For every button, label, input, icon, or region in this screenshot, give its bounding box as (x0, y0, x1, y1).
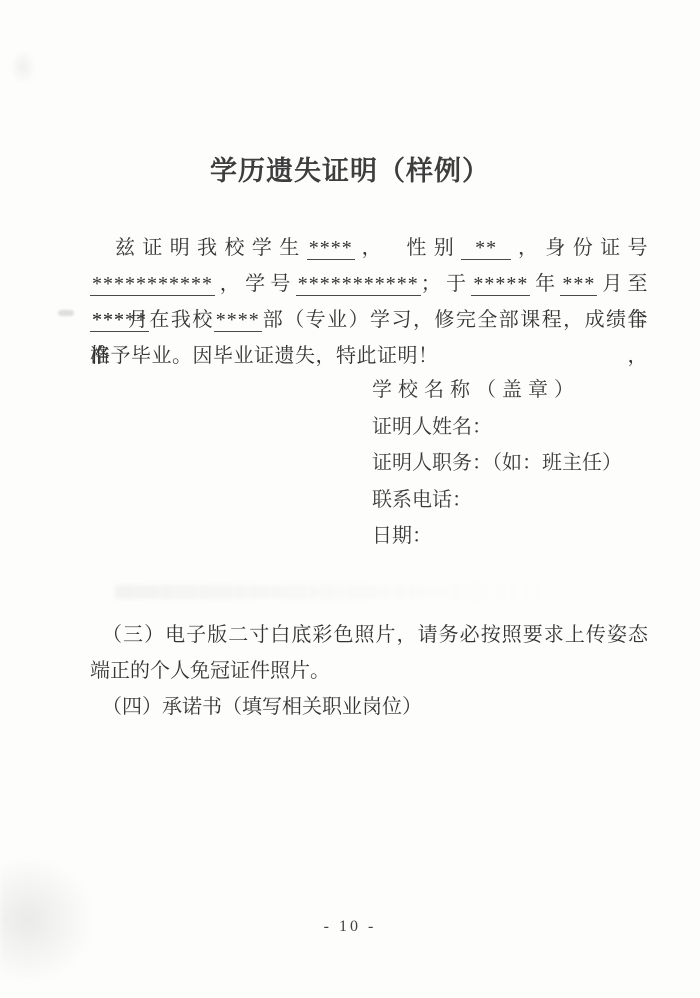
document-title: 学历遗失证明（样例） (0, 149, 700, 188)
blank-field: *********** (90, 273, 215, 296)
note-line: （三）电子版二寸白底彩色照片，请务必按照要求上传姿态 (90, 617, 648, 653)
certificate-line: ***月在我校****部（专业）学习，修完全部课程，成绩合格， (90, 302, 648, 338)
text-segment: 年 (530, 273, 560, 295)
certificate-body: 兹证明我校学生****， 性别**，身份证号***********，学号****… (90, 230, 648, 374)
signature-line: 证明人姓名： (372, 409, 622, 446)
signature-line: 学校名称（盖章） (372, 372, 622, 409)
scanned-document-page: 学历遗失证明（样例） 兹证明我校学生****， 性别**，身份证号*******… (0, 0, 700, 998)
text-segment: ， (355, 237, 407, 259)
note-line: 端正的个人免冠证件照片。 (90, 653, 648, 689)
text-segment: 月在我校 (127, 309, 214, 331)
scan-artifact (58, 310, 74, 316)
note-item: （三）电子版二寸白底彩色照片，请务必按照要求上传姿态端正的个人免冠证件照片。 (90, 617, 648, 689)
signature-line: 联系电话： (372, 482, 622, 519)
note-item: （四）承诺书（填写相关职业岗位） (90, 689, 648, 725)
blank-field: *** (90, 309, 127, 332)
text-segment: 月至 (597, 273, 648, 295)
note-line: （四）承诺书（填写相关职业岗位） (90, 689, 648, 725)
certificate-line: 兹证明我校学生****， 性别**，身份证号 (90, 230, 648, 266)
text-segment: ；于 (421, 273, 472, 295)
blank-field: ** (461, 237, 511, 260)
page-number: - 10 - (0, 918, 700, 936)
text-segment: 性别 (406, 237, 461, 259)
blank-field: **** (214, 309, 262, 332)
blank-field: *********** (296, 273, 421, 296)
signature-block: 学校名称（盖章）证明人姓名：证明人职务：（如：班主任）联系电话：日期： (372, 372, 622, 555)
scan-artifact (10, 50, 36, 84)
signature-line: 证明人职务：（如：班主任） (372, 445, 622, 482)
signature-line: 日期： (372, 518, 622, 555)
text-segment: ，学号 (215, 273, 296, 295)
blank-field: **** (307, 237, 355, 260)
blank-field: ***** (471, 273, 530, 296)
blank-field: *** (560, 273, 597, 296)
text-segment: ，身份证号 (511, 237, 648, 259)
notes-block: （三）电子版二寸白底彩色照片，请务必按照要求上传姿态端正的个人免冠证件照片。（四… (90, 617, 648, 725)
scan-artifact (115, 585, 545, 599)
text-segment: 兹证明我校学生 (115, 237, 307, 259)
certificate-line: ***********，学号***********；于*****年***月至**… (90, 266, 648, 302)
text-segment: 准予毕业。因毕业证遗失，特此证明！ (90, 345, 439, 367)
